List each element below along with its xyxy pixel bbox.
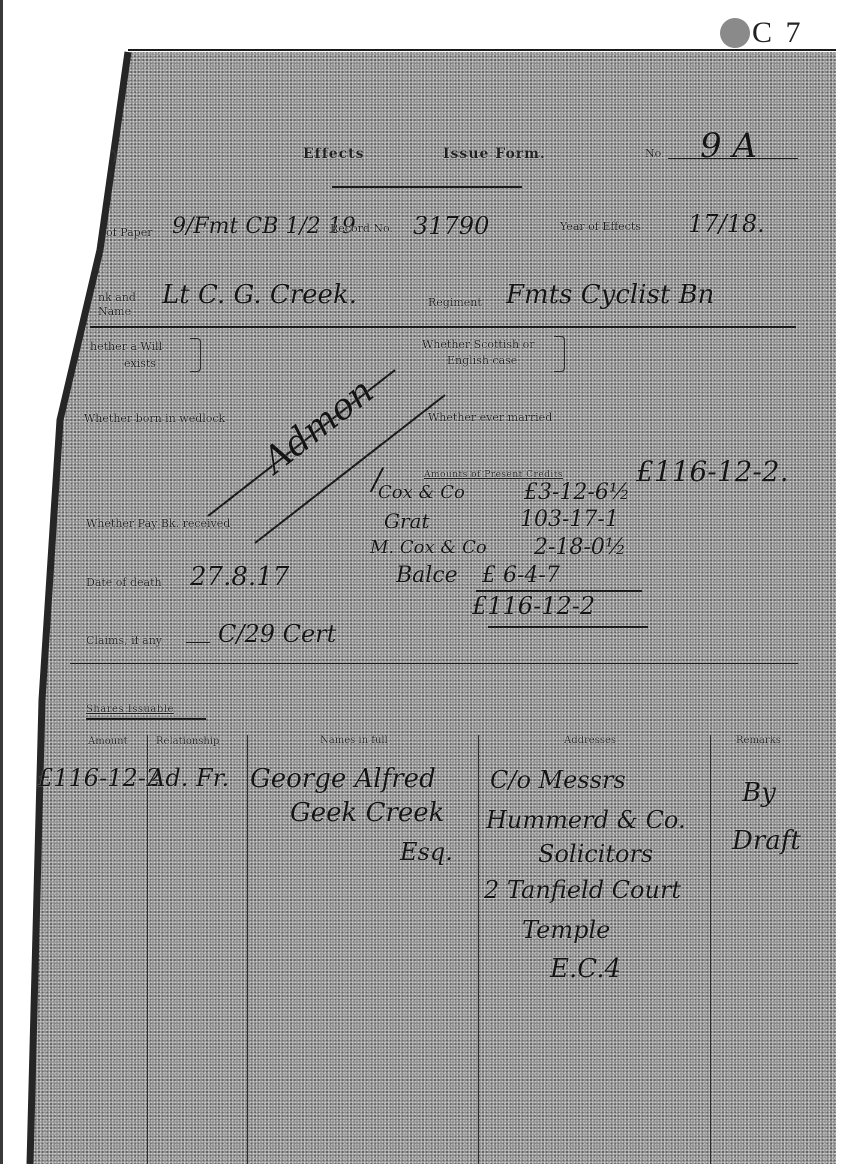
share-remarks-line: By	[742, 778, 776, 808]
share-address-line: Solicitors	[538, 840, 653, 868]
credit-line-label: Cox & Co	[378, 482, 465, 503]
share-name-line: George Alfred	[250, 764, 436, 794]
pay-book-label: Whether Pay Bk. received	[86, 517, 230, 530]
share-amount: £116-12-2	[38, 764, 161, 792]
death-value: 27.8.17	[190, 562, 289, 592]
claims-value: C/29 Cert	[218, 620, 336, 648]
share-address-line: 2 Tanfield Court	[484, 876, 681, 904]
claims-label: Claims, if any	[86, 634, 162, 647]
credit-line-amount: 103-17-1	[520, 507, 619, 532]
credit-line-label: Balce	[396, 563, 458, 588]
credits-total: £116-12-2.	[636, 455, 789, 488]
col-header-amount: Amount	[88, 736, 128, 747]
share-address-line: E.C.4	[550, 954, 621, 984]
death-label: Date of death	[86, 576, 162, 589]
credit-line-label: M. Cox & Co	[370, 537, 487, 558]
credit-line-amount: 2-18-0½	[534, 535, 626, 560]
credit-line-label: Grat	[384, 509, 430, 533]
col-divider	[478, 735, 479, 1164]
sum-double-line	[488, 626, 648, 628]
share-remarks-line: Draft	[732, 826, 801, 856]
col-header-names: Names in full	[320, 735, 388, 746]
share-relationship: Ad. Fr.	[148, 764, 229, 792]
col-divider	[247, 735, 248, 1164]
col-divider	[710, 735, 711, 1164]
credits-sum: £116-12-2	[472, 592, 595, 620]
share-name-line: Esq.	[400, 838, 453, 866]
col-divider	[147, 735, 148, 1164]
col-header-remarks: Remarks	[736, 735, 781, 746]
share-address-line: Temple	[522, 916, 610, 944]
claims-dash	[186, 642, 210, 643]
share-address-line: C/o Messrs	[490, 766, 626, 794]
share-address-line: Hummerd & Co.	[486, 806, 686, 834]
credit-line-amount: £ 6-4-7	[482, 563, 560, 588]
share-name-line: Geek Creek	[290, 798, 444, 828]
shares-heading: Shares Issuable	[86, 704, 174, 715]
divider-middle	[70, 663, 798, 664]
shares-heading-underline	[86, 718, 206, 720]
credit-line-amount: £3-12-6½	[524, 480, 630, 505]
credits-heading: Amounts of Present Credits	[424, 470, 563, 480]
col-header-addresses: Addresses	[564, 735, 616, 746]
col-header-relationship: Relationship	[156, 736, 219, 747]
